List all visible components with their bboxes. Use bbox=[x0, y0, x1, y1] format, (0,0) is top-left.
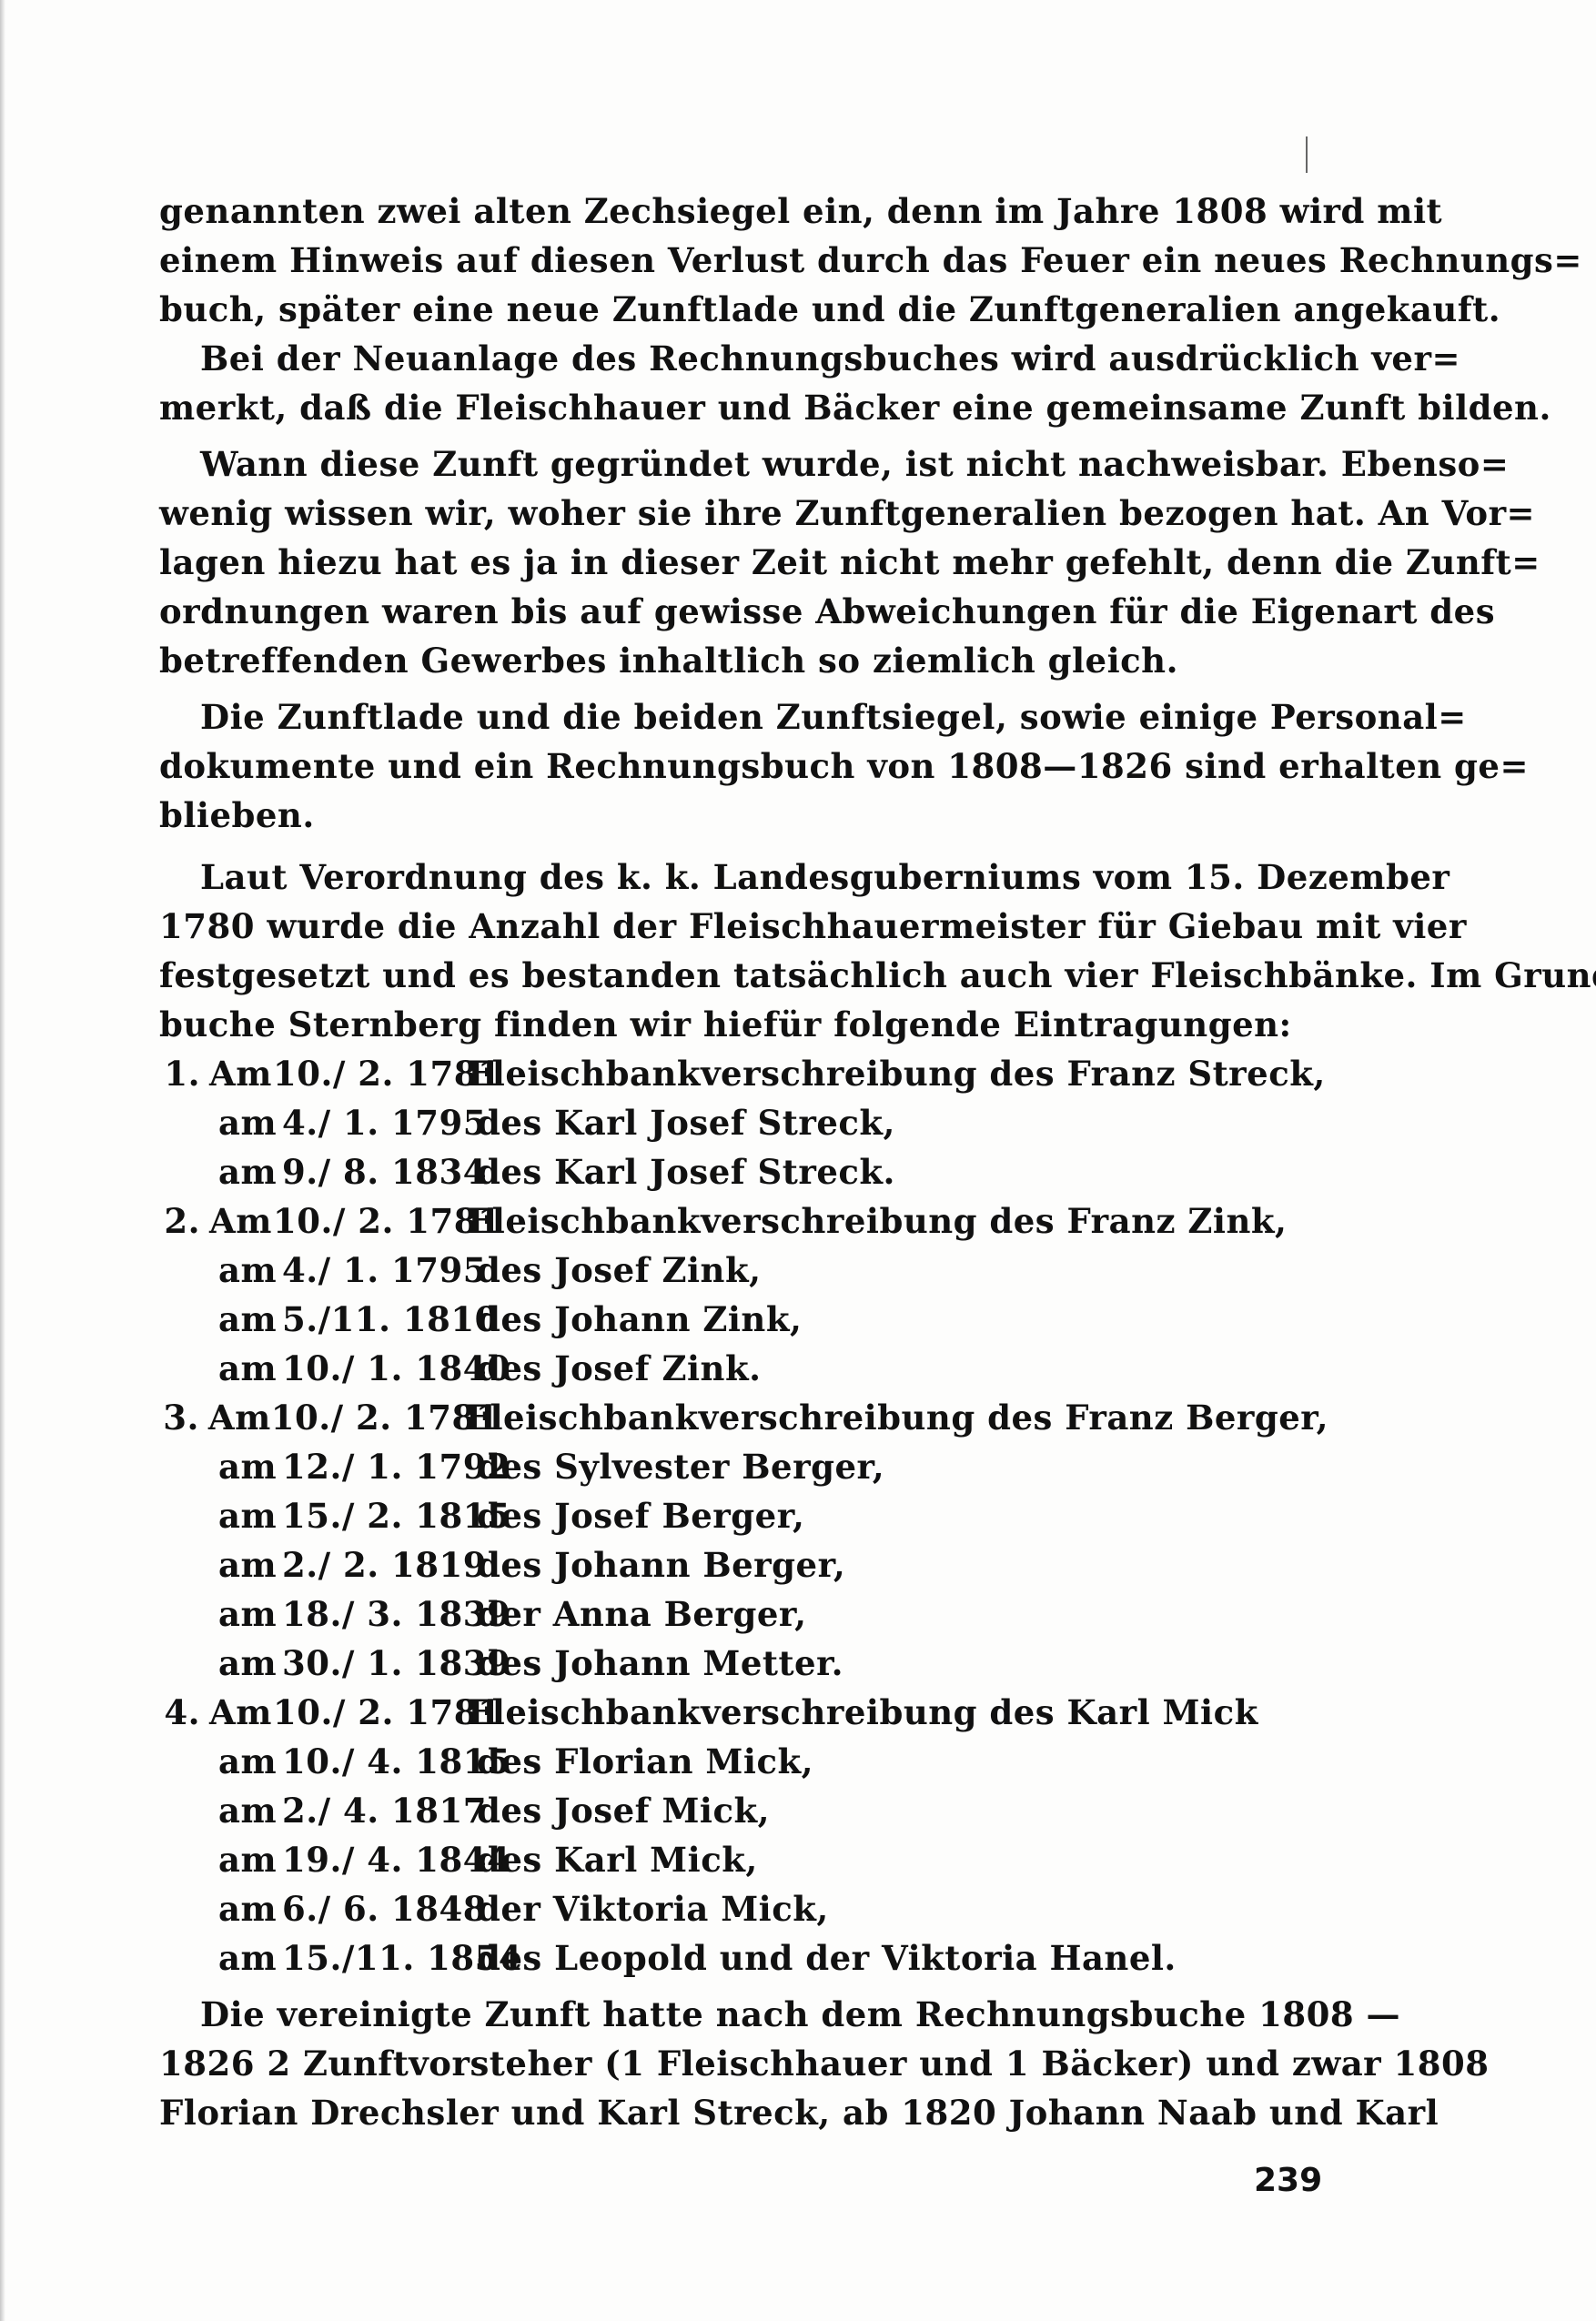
entry-indent bbox=[159, 1147, 209, 1196]
entry-prefix: Am bbox=[209, 1196, 273, 1246]
text-line: Die vereinigte Zunft hatte nach dem Rech… bbox=[159, 1990, 1328, 2039]
page-number: 239 bbox=[1254, 2162, 1322, 2199]
entry-text: des Johann Metter. bbox=[477, 1639, 843, 1688]
entry-text: des Karl Mick, bbox=[477, 1835, 758, 1884]
margin-mark bbox=[1306, 136, 1308, 173]
entry-date: 2./ 2. 1819 bbox=[282, 1540, 477, 1589]
entry-indent bbox=[159, 1589, 209, 1639]
entry-prefix: Am bbox=[209, 1688, 273, 1737]
entry-date: 5./11. 1810 bbox=[282, 1295, 477, 1344]
entry-text: Fleischbankverschreibung des Franz Berge… bbox=[466, 1393, 1328, 1442]
list-item: am10./ 4. 1815des Florian Mick, bbox=[159, 1737, 1328, 1786]
entry-prefix: am bbox=[209, 1491, 282, 1540]
text-line: merkt, daß die Fleischhauer und Bäcker e… bbox=[159, 383, 1328, 432]
entry-prefix: am bbox=[209, 1246, 282, 1295]
page-edge-shadow bbox=[0, 0, 5, 2321]
entry-indent bbox=[159, 1295, 209, 1344]
text-line: Wann diese Zunft gegründet wurde, ist ni… bbox=[159, 439, 1328, 489]
entry-prefix: am bbox=[209, 1344, 282, 1393]
text-line: buch, später eine neue Zunftlade und die… bbox=[159, 285, 1328, 334]
text-line: festgesetzt und es bestanden tatsächlich… bbox=[159, 951, 1328, 1000]
text-block: genannten zwei alten Zechsiegel ein, den… bbox=[159, 187, 1328, 2137]
entry-indent bbox=[159, 1737, 209, 1786]
text-line: 1780 wurde die Anzahl der Fleischhauerme… bbox=[159, 902, 1328, 951]
text-line: blieben. bbox=[159, 791, 1328, 840]
entry-indent bbox=[159, 1639, 209, 1688]
list-item: am9./ 8. 1834des Karl Josef Streck. bbox=[159, 1147, 1328, 1196]
entry-prefix: am bbox=[209, 1442, 282, 1491]
entry-text: des Johann Zink, bbox=[477, 1295, 802, 1344]
entry-indent bbox=[159, 1540, 209, 1589]
list-item: am4./ 1. 1795des Karl Josef Streck, bbox=[159, 1098, 1328, 1147]
entry-prefix: am bbox=[209, 1786, 282, 1835]
entry-prefix: am bbox=[209, 1295, 282, 1344]
entry-date: 9./ 8. 1834 bbox=[282, 1147, 477, 1196]
entry-prefix: am bbox=[209, 1639, 282, 1688]
text-line: genannten zwei alten Zechsiegel ein, den… bbox=[159, 187, 1328, 236]
entry-indent bbox=[159, 1246, 209, 1295]
entry-date: 10./ 2. 1781 bbox=[273, 1049, 468, 1098]
entry-date: 2./ 4. 1817 bbox=[282, 1786, 477, 1835]
entry-indent bbox=[159, 1786, 209, 1835]
entry-text: des Johann Berger, bbox=[477, 1540, 845, 1589]
entry-date: 10./ 2. 1781 bbox=[273, 1196, 468, 1246]
text-line: Laut Verordnung des k. k. Landesguberniu… bbox=[159, 853, 1328, 902]
paragraph-gruendung: Wann diese Zunft gegründet wurde, ist ni… bbox=[159, 439, 1328, 685]
entry-date: 15./11. 1854 bbox=[282, 1933, 477, 1983]
paragraph-continuation: genannten zwei alten Zechsiegel ein, den… bbox=[159, 187, 1328, 334]
paragraph-verordnung: Laut Verordnung des k. k. Landesguberniu… bbox=[159, 853, 1328, 1049]
entry-prefix: am bbox=[209, 1933, 282, 1983]
list-item: am19./ 4. 1844des Karl Mick, bbox=[159, 1835, 1328, 1884]
entry-indent bbox=[159, 1933, 209, 1983]
entry-text: des Josef Mick, bbox=[477, 1786, 770, 1835]
text-line: Die Zunftlade und die beiden Zunftsiegel… bbox=[159, 692, 1328, 742]
entry-date: 4./ 1. 1795 bbox=[282, 1246, 477, 1295]
text-line: buche Sternberg finden wir hiefür folgen… bbox=[159, 1000, 1328, 1049]
entry-prefix: Am bbox=[208, 1393, 271, 1442]
entry-date: 10./ 2. 1781 bbox=[273, 1688, 468, 1737]
paragraph-neuanlage: Bei der Neuanlage des Rechnungsbuches wi… bbox=[159, 334, 1328, 432]
entry-text: der Anna Berger, bbox=[477, 1589, 807, 1639]
list-item: am5./11. 1810des Johann Zink, bbox=[159, 1295, 1328, 1344]
entry-indent bbox=[159, 1491, 209, 1540]
entry-prefix: am bbox=[209, 1737, 282, 1786]
list-item: am12./ 1. 1792des Sylvester Berger, bbox=[159, 1442, 1328, 1491]
entry-text: Fleischbankverschreibung des Franz Strec… bbox=[468, 1049, 1326, 1098]
entry-indent bbox=[159, 1835, 209, 1884]
entry-text: des Josef Zink, bbox=[477, 1246, 761, 1295]
list-item: am15./11. 1854des Leopold und der Viktor… bbox=[159, 1933, 1328, 1983]
list-item: am10./ 1. 1840des Josef Zink. bbox=[159, 1344, 1328, 1393]
entry-text: Fleischbankverschreibung des Karl Mick bbox=[468, 1688, 1258, 1737]
entry-prefix: am bbox=[209, 1835, 282, 1884]
entry-date: 10./ 2. 1781 bbox=[271, 1393, 466, 1442]
entry-text: des Sylvester Berger, bbox=[477, 1442, 884, 1491]
paragraph-zunftvorsteher: Die vereinigte Zunft hatte nach dem Rech… bbox=[159, 1990, 1328, 2137]
entry-indent bbox=[159, 1442, 209, 1491]
list-item: am18./ 3. 1839der Anna Berger, bbox=[159, 1589, 1328, 1639]
text-line: 1826 2 Zunftvorsteher (1 Fleischhauer un… bbox=[159, 2039, 1328, 2088]
entry-date: 18./ 3. 1839 bbox=[282, 1589, 477, 1639]
list-item: 3.Am10./ 2. 1781Fleischbankverschreibung… bbox=[159, 1393, 1328, 1442]
entry-date: 30./ 1. 1839 bbox=[282, 1639, 477, 1688]
entry-number: 3. bbox=[159, 1393, 208, 1442]
entry-prefix: am bbox=[209, 1589, 282, 1639]
entry-date: 12./ 1. 1792 bbox=[282, 1442, 477, 1491]
text-line: Bei der Neuanlage des Rechnungsbuches wi… bbox=[159, 334, 1328, 383]
entry-date: 6./ 6. 1848 bbox=[282, 1884, 477, 1933]
text-line: betreffenden Gewerbes inhaltlich so ziem… bbox=[159, 636, 1328, 685]
text-line: Florian Drechsler und Karl Streck, ab 18… bbox=[159, 2088, 1328, 2137]
entry-prefix: Am bbox=[209, 1049, 273, 1098]
grundbuch-entries-list: 1.Am10./ 2. 1781Fleischbankverschreibung… bbox=[159, 1049, 1328, 1983]
entry-date: 10./ 4. 1815 bbox=[282, 1737, 477, 1786]
entry-date: 15./ 2. 1815 bbox=[282, 1491, 477, 1540]
list-item: am4./ 1. 1795des Josef Zink, bbox=[159, 1246, 1328, 1295]
entry-text: des Florian Mick, bbox=[477, 1737, 813, 1786]
list-item: am2./ 4. 1817des Josef Mick, bbox=[159, 1786, 1328, 1835]
text-line: einem Hinweis auf diesen Verlust durch d… bbox=[159, 236, 1328, 285]
entry-number: 1. bbox=[159, 1049, 209, 1098]
list-item: 2.Am10./ 2. 1781Fleischbankverschreibung… bbox=[159, 1196, 1328, 1246]
entry-date: 4./ 1. 1795 bbox=[282, 1098, 477, 1147]
entry-text: des Josef Zink. bbox=[477, 1344, 761, 1393]
list-item: am6./ 6. 1848der Viktoria Mick, bbox=[159, 1884, 1328, 1933]
entry-date: 10./ 1. 1840 bbox=[282, 1344, 477, 1393]
entry-prefix: am bbox=[209, 1884, 282, 1933]
entry-text: des Leopold und der Viktoria Hanel. bbox=[477, 1933, 1177, 1983]
entry-text: des Karl Josef Streck, bbox=[477, 1098, 895, 1147]
entry-prefix: am bbox=[209, 1147, 282, 1196]
entry-indent bbox=[159, 1344, 209, 1393]
entry-number: 2. bbox=[159, 1196, 209, 1246]
text-line: lagen hiezu hat es ja in dieser Zeit nic… bbox=[159, 538, 1328, 587]
list-item: am30./ 1. 1839des Johann Metter. bbox=[159, 1639, 1328, 1688]
list-item: 4.Am10./ 2. 1781Fleischbankverschreibung… bbox=[159, 1688, 1328, 1737]
text-line: ordnungen waren bis auf gewisse Abweichu… bbox=[159, 587, 1328, 636]
text-line: wenig wissen wir, woher sie ihre Zunftge… bbox=[159, 489, 1328, 538]
entry-text: des Josef Berger, bbox=[477, 1491, 804, 1540]
paragraph-zunftlade: Die Zunftlade und die beiden Zunftsiegel… bbox=[159, 692, 1328, 840]
entry-number: 4. bbox=[159, 1688, 209, 1737]
entry-indent bbox=[159, 1098, 209, 1147]
entry-text: Fleischbankverschreibung des Franz Zink, bbox=[468, 1196, 1287, 1246]
entry-text: des Karl Josef Streck. bbox=[477, 1147, 895, 1196]
entry-date: 19./ 4. 1844 bbox=[282, 1835, 477, 1884]
entry-text: der Viktoria Mick, bbox=[477, 1884, 829, 1933]
entry-prefix: am bbox=[209, 1098, 282, 1147]
list-item: am2./ 2. 1819des Johann Berger, bbox=[159, 1540, 1328, 1589]
text-line: dokumente und ein Rechnungsbuch von 1808… bbox=[159, 742, 1328, 791]
list-item: 1.Am10./ 2. 1781Fleischbankverschreibung… bbox=[159, 1049, 1328, 1098]
list-item: am15./ 2. 1815des Josef Berger, bbox=[159, 1491, 1328, 1540]
entry-prefix: am bbox=[209, 1540, 282, 1589]
entry-indent bbox=[159, 1884, 209, 1933]
